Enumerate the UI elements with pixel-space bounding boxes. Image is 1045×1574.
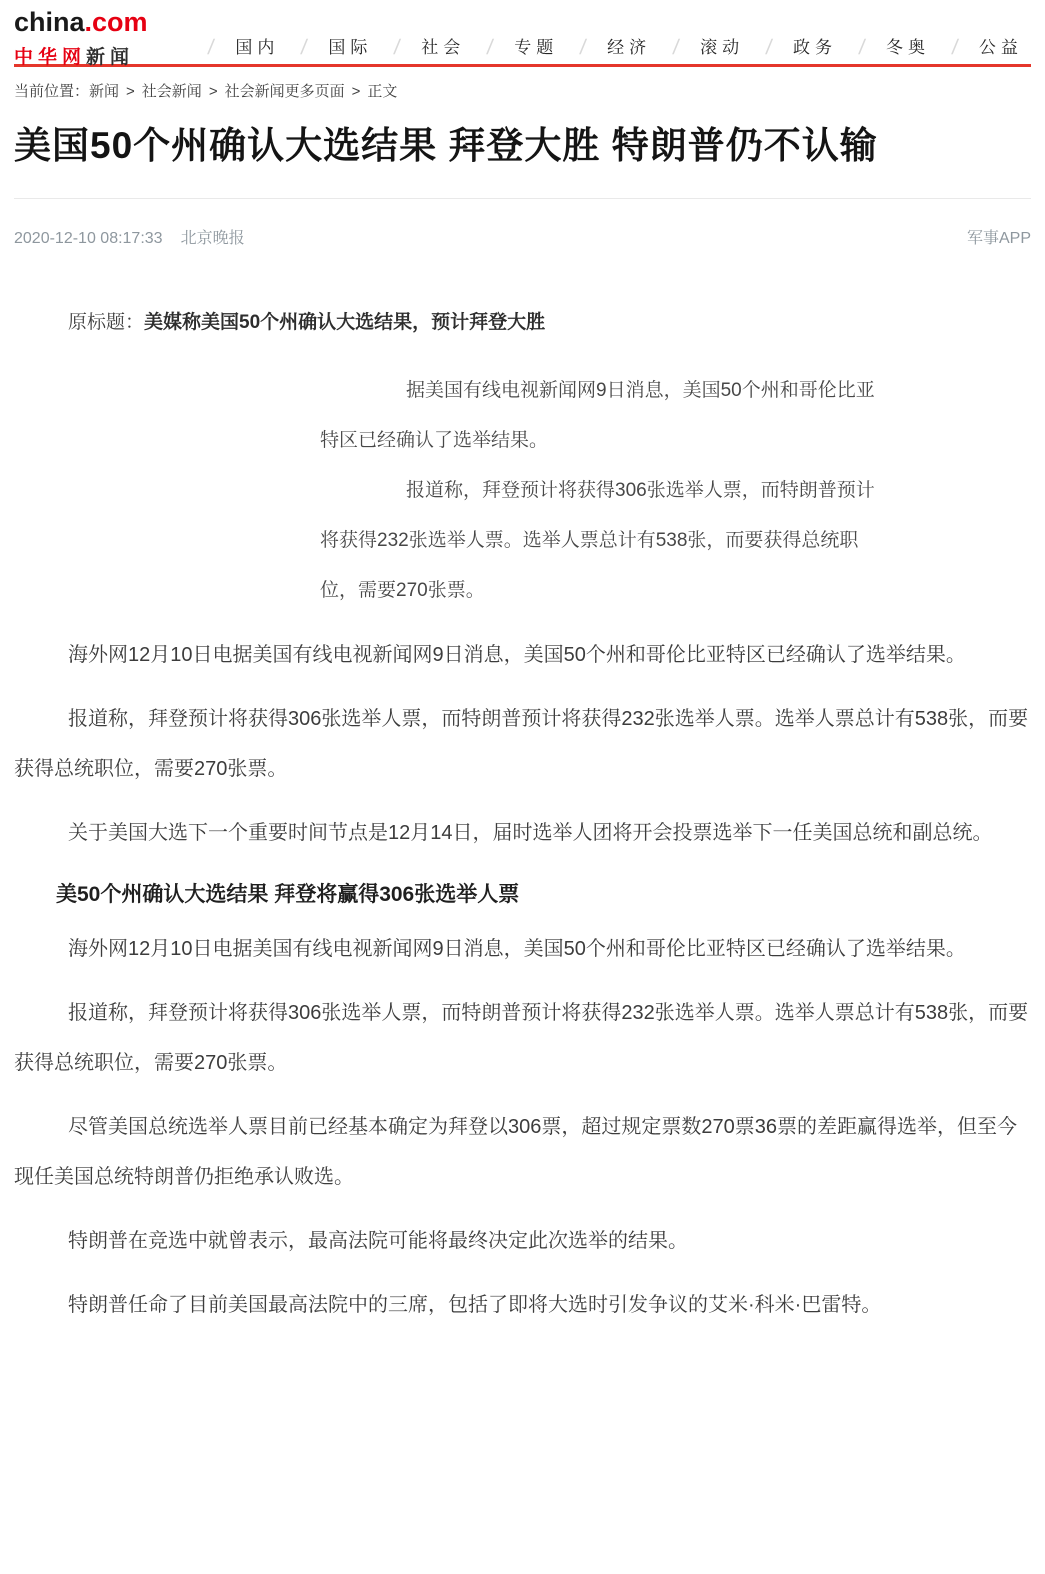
caption-block: 据美国有线电视新闻网9日消息，美国50个州和哥伦比亚特区已经确认了选举结果。 报… [320, 366, 888, 616]
article-paragraph: 报道称，拜登预计将获得306张选举人票，而特朗普预计将获得232张选举人票。选举… [14, 988, 1031, 1088]
page: china.com 中华网新闻 / 国内 / 国际 / 社会 / 专题 / 经济… [0, 0, 1045, 1330]
nav-separator: / [578, 37, 587, 58]
caption-paragraph: 据美国有线电视新闻网9日消息，美国50个州和哥伦比亚特区已经确认了选举结果。 [320, 366, 888, 466]
military-app-link[interactable]: 军事APP [967, 225, 1031, 248]
site-header: china.com 中华网新闻 / 国内 / 国际 / 社会 / 专题 / 经济… [14, 0, 1031, 64]
nav-item-topics[interactable]: 专题 [514, 33, 558, 58]
article-subheading: 美50个州确认大选结果 拜登将赢得306张选举人票 [14, 880, 1031, 910]
breadcrumb-separator: > [209, 83, 218, 100]
logo-com-text: .com [85, 7, 148, 37]
nav-item-economy[interactable]: 经济 [607, 33, 651, 58]
nav-separator: / [857, 37, 866, 58]
nav-separator: / [485, 37, 494, 58]
breadcrumb: 当前位置：新闻>社会新闻>社会新闻更多页面>正文 [14, 80, 1031, 101]
article-paragraph: 海外网12月10日电据美国有线电视新闻网9日消息，美国50个州和哥伦比亚特区已经… [14, 630, 1031, 680]
article-paragraph: 特朗普任命了目前美国最高法院中的三席，包括了即将大选时引发争议的艾米·科米·巴雷… [14, 1280, 1031, 1330]
article-paragraph: 特朗普在竞选中就曾表示，最高法院可能将最终决定此次选举的结果。 [14, 1216, 1031, 1266]
article-meta: 2020-12-10 08:17:33北京晚报 军事APP [14, 225, 1031, 248]
source-name: 北京晚报 [181, 230, 245, 247]
nav-separator: / [671, 37, 680, 58]
breadcrumb-news-link[interactable]: 新闻 [89, 83, 119, 100]
original-title-label: 原标题： [68, 312, 144, 333]
meta-left: 2020-12-10 08:17:33北京晚报 [14, 225, 263, 248]
breadcrumb-separator: > [126, 83, 135, 100]
logo-wordmark: china.com [14, 8, 184, 38]
article-paragraph: 关于美国大选下一个重要时间节点是12月14日，届时选举人团将开会投票选举下一任美… [14, 808, 1031, 858]
original-title-text: 美媒称美国50个州确认大选结果，预计拜登大胜 [144, 312, 545, 333]
breadcrumb-label: 当前位置： [14, 83, 89, 100]
article-paragraph: 尽管美国总统选举人票目前已经基本确定为拜登以306票，超过规定票数270票36票… [14, 1102, 1031, 1202]
publish-time: 2020-12-10 08:17:33 [14, 230, 163, 247]
logo-china-text: china [14, 7, 85, 37]
article-body: 原标题：美媒称美国50个州确认大选结果，预计拜登大胜 据美国有线电视新闻网9日消… [14, 308, 1031, 1330]
main-nav: / 国内 / 国际 / 社会 / 专题 / 经济 / 滚动 / 政务 / 冬奥 … [184, 8, 1031, 64]
nav-item-society[interactable]: 社会 [421, 33, 465, 58]
title-divider [14, 198, 1031, 199]
breadcrumb-current-page: 正文 [367, 83, 397, 100]
nav-item-government[interactable]: 政务 [793, 33, 837, 58]
breadcrumb-society-more-link[interactable]: 社会新闻更多页面 [225, 83, 345, 100]
breadcrumb-separator: > [352, 83, 361, 100]
nav-item-international[interactable]: 国际 [328, 33, 372, 58]
article-paragraph: 海外网12月10日电据美国有线电视新闻网9日消息，美国50个州和哥伦比亚特区已经… [14, 924, 1031, 974]
logo-zhonghuawang-text: 中华网 [14, 47, 86, 68]
nav-item-charity[interactable]: 公益 [979, 33, 1023, 58]
nav-item-rolling-news[interactable]: 滚动 [700, 33, 744, 58]
caption-paragraph: 报道称，拜登预计将获得306张选举人票，而特朗普预计将获得232张选举人票。选举… [320, 466, 888, 616]
site-logo[interactable]: china.com 中华网新闻 [14, 8, 184, 64]
nav-separator: / [392, 37, 401, 58]
nav-item-domestic[interactable]: 国内 [235, 33, 279, 58]
nav-separator: / [764, 37, 773, 58]
article-title: 美国50个州确认大选结果 拜登大胜 特朗普仍不认输 [14, 122, 1031, 170]
breadcrumb-society-news-link[interactable]: 社会新闻 [142, 83, 202, 100]
nav-item-winter-olympics[interactable]: 冬奥 [886, 33, 930, 58]
original-title-line: 原标题：美媒称美国50个州确认大选结果，预计拜登大胜 [14, 308, 1031, 338]
nav-separator: / [207, 37, 216, 58]
article-paragraph: 报道称，拜登预计将获得306张选举人票，而特朗普预计将获得232张选举人票。选举… [14, 694, 1031, 794]
nav-separator: / [299, 37, 308, 58]
logo-news-text: 新闻 [86, 47, 134, 68]
logo-subtitle: 中华网新闻 [14, 42, 184, 69]
nav-separator: / [950, 37, 959, 58]
